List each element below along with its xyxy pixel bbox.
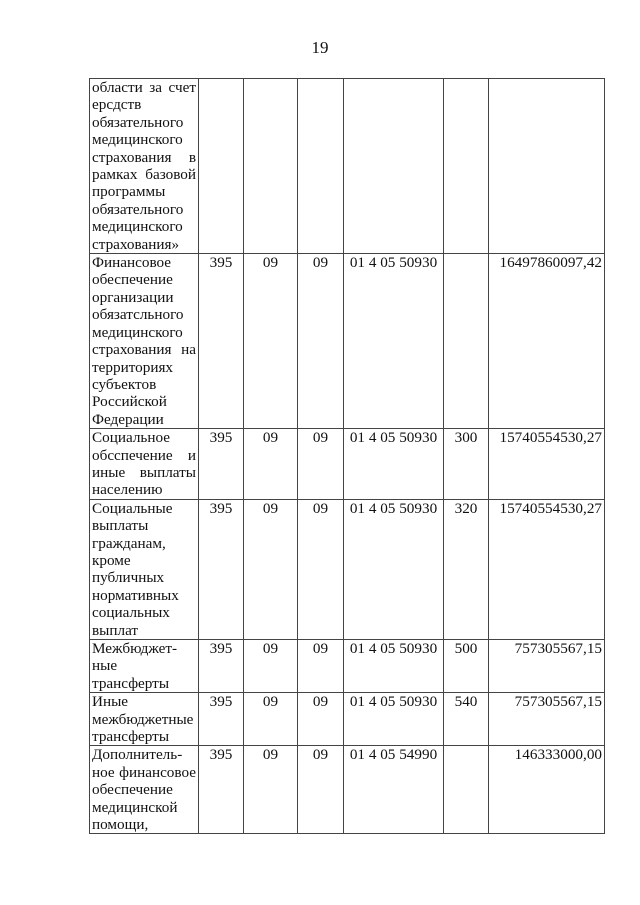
item-name-cell: Иные межбюджетные трансферты bbox=[90, 693, 199, 746]
ministry-code-cell: 395 bbox=[199, 640, 244, 693]
amount-cell bbox=[489, 79, 605, 254]
table-row: Социальные выплаты гражданам, кроме публ… bbox=[90, 499, 605, 639]
target-article-cell: 01 4 05 50930 bbox=[344, 499, 444, 639]
amount-cell: 15740554530,27 bbox=[489, 429, 605, 500]
item-name-cell: Межбюджет-ные трансферты bbox=[90, 640, 199, 693]
expense-type-cell bbox=[444, 79, 489, 254]
table-row: Межбюджет-ные трансферты 395 09 09 01 4 … bbox=[90, 640, 605, 693]
table-row: Иные межбюджетные трансферты 395 09 09 0… bbox=[90, 693, 605, 746]
subsection-code-cell: 09 bbox=[298, 429, 344, 500]
expense-type-cell: 540 bbox=[444, 693, 489, 746]
target-article-cell: 01 4 05 50930 bbox=[344, 693, 444, 746]
subsection-code-cell: 09 bbox=[298, 746, 344, 834]
ministry-code-cell: 395 bbox=[199, 429, 244, 500]
ministry-code-cell: 395 bbox=[199, 693, 244, 746]
page-number: 19 bbox=[0, 38, 640, 58]
item-name-cell: Социальное обсспечение и иные выплаты на… bbox=[90, 429, 199, 500]
target-article-cell: 01 4 05 50930 bbox=[344, 640, 444, 693]
amount-cell: 757305567,15 bbox=[489, 693, 605, 746]
subsection-code-cell bbox=[298, 79, 344, 254]
subsection-code-cell: 09 bbox=[298, 254, 344, 429]
budget-table: области за счет ерcдств обязательного ме… bbox=[89, 78, 605, 834]
ministry-code-cell: 395 bbox=[199, 499, 244, 639]
section-code-cell bbox=[244, 79, 298, 254]
item-name-cell: Финансовое обеспечение организации обяза… bbox=[90, 254, 199, 429]
expense-type-cell bbox=[444, 746, 489, 834]
section-code-cell: 09 bbox=[244, 746, 298, 834]
subsection-code-cell: 09 bbox=[298, 640, 344, 693]
section-code-cell: 09 bbox=[244, 254, 298, 429]
ministry-code-cell: 395 bbox=[199, 746, 244, 834]
section-code-cell: 09 bbox=[244, 693, 298, 746]
expense-type-cell: 300 bbox=[444, 429, 489, 500]
subsection-code-cell: 09 bbox=[298, 499, 344, 639]
amount-cell: 146333000,00 bbox=[489, 746, 605, 834]
target-article-cell bbox=[344, 79, 444, 254]
ministry-code-cell: 395 bbox=[199, 254, 244, 429]
section-code-cell: 09 bbox=[244, 640, 298, 693]
item-name-cell: области за счет ерcдств обязательного ме… bbox=[90, 79, 199, 254]
target-article-cell: 01 4 05 50930 bbox=[344, 429, 444, 500]
amount-cell: 15740554530,27 bbox=[489, 499, 605, 639]
item-name-cell: Социальные выплаты гражданам, кроме публ… bbox=[90, 499, 199, 639]
expense-type-cell bbox=[444, 254, 489, 429]
table-row: области за счет ерcдств обязательного ме… bbox=[90, 79, 605, 254]
subsection-code-cell: 09 bbox=[298, 693, 344, 746]
amount-cell: 757305567,15 bbox=[489, 640, 605, 693]
ministry-code-cell bbox=[199, 79, 244, 254]
table-row: Финансовое обеспечение организации обяза… bbox=[90, 254, 605, 429]
section-code-cell: 09 bbox=[244, 429, 298, 500]
expense-type-cell: 500 bbox=[444, 640, 489, 693]
target-article-cell: 01 4 05 54990 bbox=[344, 746, 444, 834]
expense-type-cell: 320 bbox=[444, 499, 489, 639]
table-row: Социальное обсспечение и иные выплаты на… bbox=[90, 429, 605, 500]
amount-cell: 16497860097,42 bbox=[489, 254, 605, 429]
table-row: Дополнитель-ное финансовое обеспечение м… bbox=[90, 746, 605, 834]
target-article-cell: 01 4 05 50930 bbox=[344, 254, 444, 429]
item-name-cell: Дополнитель-ное финансовое обеспечение м… bbox=[90, 746, 199, 834]
section-code-cell: 09 bbox=[244, 499, 298, 639]
